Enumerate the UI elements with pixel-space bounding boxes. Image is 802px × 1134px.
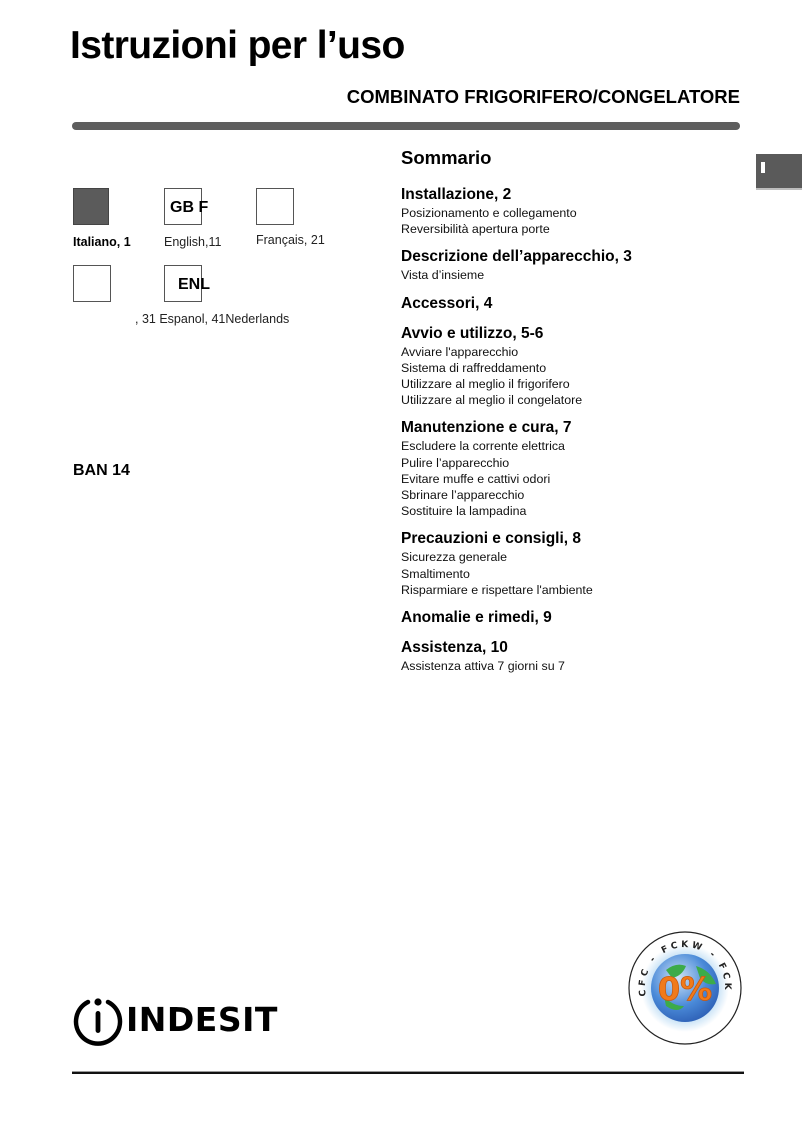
document-title: Istruzioni per l’uso (70, 24, 405, 68)
toc-item[interactable]: Escludere la corrente elettrica (401, 438, 751, 454)
lang-label-english[interactable]: English,11 (164, 235, 221, 249)
globe-badge-icon: 0% CFC - FCKW - FCK (626, 930, 744, 1046)
toc-item[interactable]: Risparmiare e rispettare l'ambiente (401, 582, 751, 598)
table-of-contents: Sommario Installazione, 2Posizionamento … (401, 146, 751, 684)
lang-box-espanol[interactable] (73, 265, 111, 302)
lang-label-row2[interactable]: , 31 Espanol, 41Nederlands (135, 312, 289, 326)
toc-item[interactable]: Sistema di raffreddamento (401, 360, 751, 376)
toc-sections: Installazione, 2Posizionamento e collega… (401, 185, 751, 674)
toc-item[interactable]: Vista d’insieme (401, 267, 751, 283)
toc-item[interactable]: Evitare muffe e cattivi odori (401, 471, 751, 487)
toc-section-heading[interactable]: Assistenza, 10 (401, 638, 751, 658)
header-divider (72, 122, 740, 130)
toc-item[interactable]: Utilizzare al meglio il congelatore (401, 392, 751, 408)
toc-section-heading[interactable]: Manutenzione e cura, 7 (401, 418, 751, 438)
toc-section: Assistenza, 10Assistenza attiva 7 giorni… (401, 638, 751, 674)
toc-section-heading[interactable]: Descrizione dell’apparecchio, 3 (401, 247, 751, 267)
toc-section: Installazione, 2Posizionamento e collega… (401, 185, 751, 237)
lang-code-gb-f: GB F (170, 199, 208, 217)
model-number: BAN 14 (73, 462, 130, 480)
toc-section: Precauzioni e consigli, 8Sicurezza gener… (401, 529, 751, 598)
toc-item[interactable]: Pulire l’apparecchio (401, 455, 751, 471)
toc-section-heading[interactable]: Anomalie e rimedi, 9 (401, 608, 751, 628)
toc-item[interactable]: Avviare l'apparecchio (401, 344, 751, 360)
toc-title: Sommario (401, 146, 751, 170)
toc-section-heading[interactable]: Accessori, 4 (401, 294, 751, 314)
svg-text:0%: 0% (658, 970, 712, 1008)
lang-box-italiano[interactable] (73, 188, 109, 225)
toc-section: Descrizione dell’apparecchio, 3Vista d’i… (401, 247, 751, 283)
toc-section: Manutenzione e cura, 7Escludere la corre… (401, 418, 751, 519)
logo-wordmark: INDESIT (126, 1000, 278, 1040)
toc-item[interactable]: Sicurezza generale (401, 549, 751, 565)
toc-item[interactable]: Smaltimento (401, 566, 751, 582)
product-type: COMBINATO FRIGORIFERO/CONGELATORE (326, 86, 740, 108)
toc-item[interactable]: Utilizzare al meglio il frigorifero (401, 376, 751, 392)
toc-item[interactable]: Assistenza attiva 7 giorni su 7 (401, 658, 751, 674)
cfc-free-badge: 0% CFC - FCKW - FCK (626, 930, 744, 1046)
section-tab-italian (756, 154, 802, 190)
toc-section-heading[interactable]: Precauzioni e consigli, 8 (401, 529, 751, 549)
footer-divider (72, 1071, 744, 1074)
toc-section: Avvio e utilizzo, 5-6Avviare l'apparecch… (401, 324, 751, 409)
tab-letter-i (761, 162, 765, 173)
indesit-i-icon (72, 994, 124, 1046)
lang-code-enl: ENL (178, 276, 210, 294)
lang-box-francais[interactable] (256, 188, 294, 225)
indesit-logo: INDESIT (72, 994, 272, 1046)
lang-label-francais[interactable]: Français, 21 (256, 233, 325, 247)
toc-item[interactable]: Posizionamento e collegamento (401, 205, 751, 221)
toc-section: Anomalie e rimedi, 9 (401, 608, 751, 628)
toc-section: Accessori, 4 (401, 294, 751, 314)
toc-item[interactable]: Sostituire la lampadina (401, 503, 751, 519)
toc-item[interactable]: Reversibilità apertura porte (401, 221, 751, 237)
toc-item[interactable]: Sbrinare l’apparecchio (401, 487, 751, 503)
toc-section-heading[interactable]: Installazione, 2 (401, 185, 751, 205)
toc-section-heading[interactable]: Avvio e utilizzo, 5-6 (401, 324, 751, 344)
lang-label-italiano[interactable]: Italiano, 1 (73, 235, 131, 249)
